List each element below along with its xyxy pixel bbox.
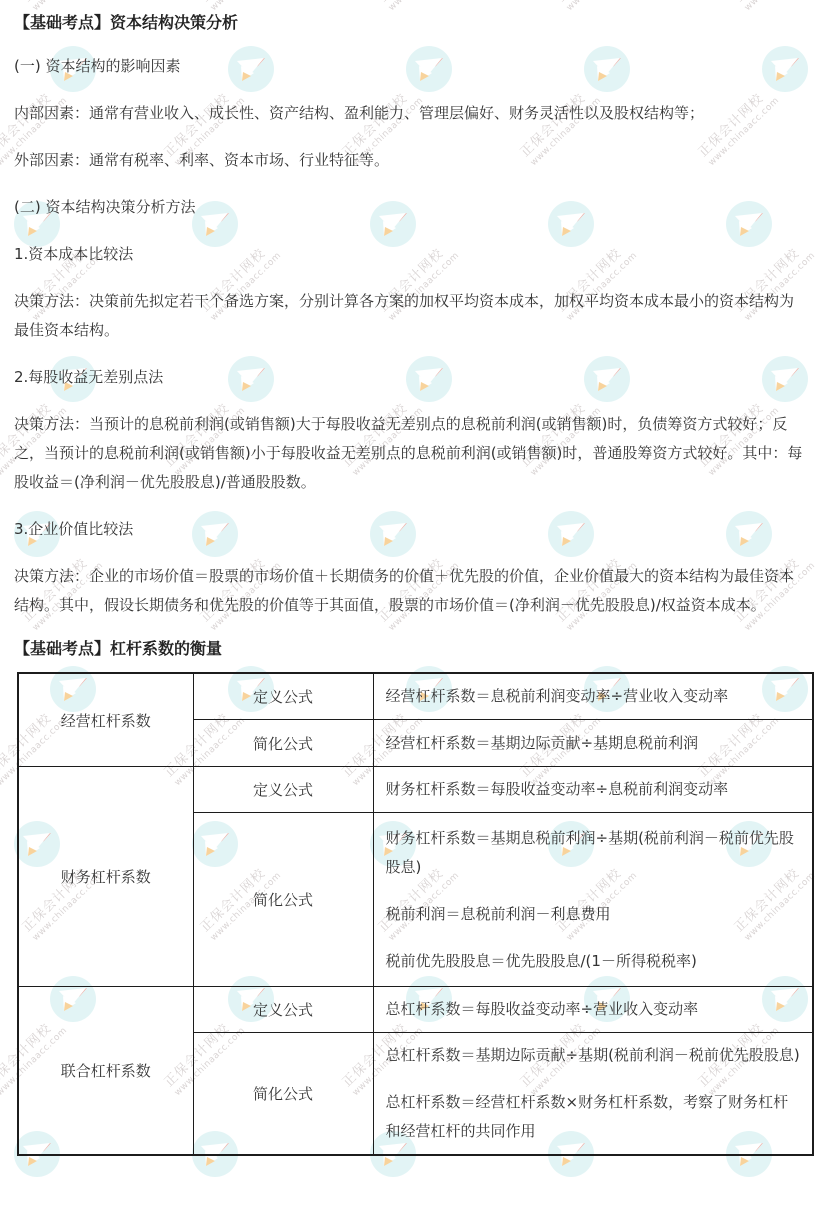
formula-line: 经营杠杆系数＝息税前利润变动率÷营业收入变动率	[386, 682, 801, 711]
para-section1-title: (一) 资本结构的影响因素	[14, 52, 805, 81]
cell-type-definition: 定义公式	[193, 673, 373, 720]
topic-heading-leverage: 【基础考点】杠杆系数的衡量	[14, 638, 805, 660]
cell-formula: 经营杠杆系数＝息税前利润变动率÷营业收入变动率	[373, 673, 813, 720]
para-method1-body: 决策方法：决策前先拟定若干个备选方案，分别计算各方案的加权平均资本成本，加权平均…	[14, 287, 805, 345]
cell-type-simplified: 简化公式	[193, 1033, 373, 1156]
table-row: 经营杠杆系数 定义公式 经营杠杆系数＝息税前利润变动率÷营业收入变动率	[18, 673, 813, 720]
cell-formula: 经营杠杆系数＝基期边际贡献÷基期息税前利润	[373, 720, 813, 767]
table-row: 联合杠杆系数 定义公式 总杠杆系数＝每股收益变动率÷营业收入变动率	[18, 987, 813, 1033]
cell-formula: 财务杠杆系数＝基期息税前利润÷基期(税前利润－税前优先股股息) 税前利润＝息税前…	[373, 813, 813, 987]
formula-line: 财务杠杆系数＝每股收益变动率÷息税前利润变动率	[386, 775, 801, 804]
cell-group-combined-leverage: 联合杠杆系数	[18, 987, 193, 1156]
formula-line: 税前利润＝息税前利润－利息费用	[386, 900, 801, 929]
para-external-factors: 外部因素：通常有税率、利率、资本市场、行业特征等。	[14, 146, 805, 175]
cell-type-definition: 定义公式	[193, 987, 373, 1033]
formula-line: 税前优先股股息＝优先股股息/(1－所得税税率)	[386, 947, 801, 976]
topic-heading-capital-structure: 【基础考点】资本结构决策分析	[14, 12, 805, 34]
para-method2-body: 决策方法：当预计的息税前利润(或销售额)大于每股收益无差别点的息税前利润(或销售…	[14, 410, 805, 497]
cell-group-operating-leverage: 经营杠杆系数	[18, 673, 193, 767]
para-internal-factors: 内部因素：通常有营业收入、成长性、资产结构、盈利能力、管理层偏好、财务灵活性以及…	[14, 99, 805, 128]
formula-line: 总杠杆系数＝基期边际贡献÷基期(税前利润－税前优先股股息)	[386, 1041, 801, 1070]
para-method1-title: 1.资本成本比较法	[14, 240, 805, 269]
cell-formula: 财务杠杆系数＝每股收益变动率÷息税前利润变动率	[373, 767, 813, 813]
formula-line: 财务杠杆系数＝基期息税前利润÷基期(税前利润－税前优先股股息)	[386, 824, 801, 882]
para-method3-title: 3.企业价值比较法	[14, 515, 805, 544]
formula-line: 总杠杆系数＝经营杠杆系数×财务杠杆系数，考察了财务杠杆和经营杠杆的共同作用	[386, 1088, 801, 1146]
cell-formula: 总杠杆系数＝每股收益变动率÷营业收入变动率	[373, 987, 813, 1033]
cell-type-simplified: 简化公式	[193, 720, 373, 767]
leverage-coefficient-table: 经营杠杆系数 定义公式 经营杠杆系数＝息税前利润变动率÷营业收入变动率 简化公式…	[17, 672, 814, 1156]
para-method3-body: 决策方法：企业的市场价值＝股票的市场价值＋长期债务的价值＋优先股的价值，企业价值…	[14, 562, 805, 620]
formula-line: 总杠杆系数＝每股收益变动率÷营业收入变动率	[386, 995, 801, 1024]
document-page: 【基础考点】资本结构决策分析 (一) 资本结构的影响因素 内部因素：通常有营业收…	[0, 0, 819, 1156]
cell-type-simplified: 简化公式	[193, 813, 373, 987]
formula-line: 经营杠杆系数＝基期边际贡献÷基期息税前利润	[386, 729, 801, 758]
table-row: 财务杠杆系数 定义公式 财务杠杆系数＝每股收益变动率÷息税前利润变动率	[18, 767, 813, 813]
para-method2-title: 2.每股收益无差别点法	[14, 363, 805, 392]
cell-group-financial-leverage: 财务杠杆系数	[18, 767, 193, 987]
cell-type-definition: 定义公式	[193, 767, 373, 813]
para-section2-title: (二) 资本结构决策分析方法	[14, 193, 805, 222]
cell-formula: 总杠杆系数＝基期边际贡献÷基期(税前利润－税前优先股股息) 总杠杆系数＝经营杠杆…	[373, 1033, 813, 1156]
